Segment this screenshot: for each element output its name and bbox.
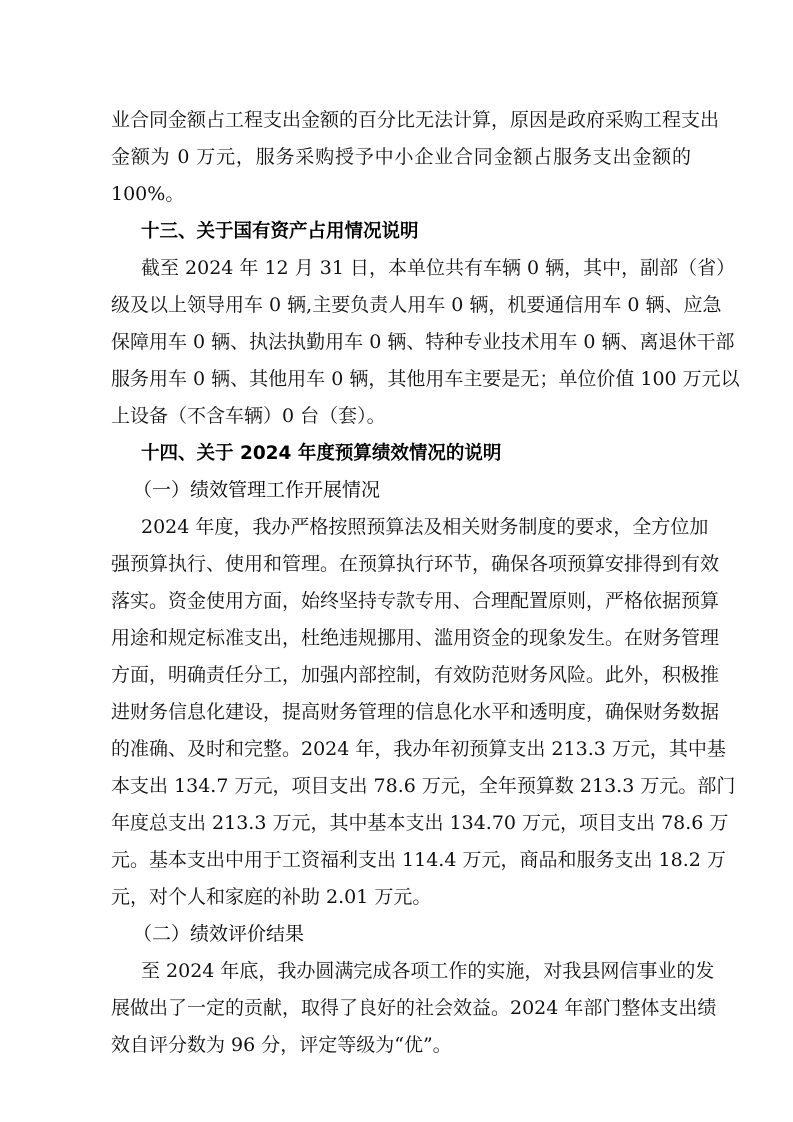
text-line: 100%。 [111, 176, 691, 213]
text-line: 方面，明确责任分工，加强内部控制，有效防范财务风险。此外，积极推 [111, 657, 691, 694]
text-line: 保障用车 0 辆、执法执勤用车 0 辆、特种专业技术用车 0 辆、离退休干部 [111, 324, 691, 361]
paragraph-state-assets: 截至 2024 年 12 月 31 日，本单位共有车辆 0 辆，其中，副部（省）… [111, 250, 691, 435]
text-line: 2024 年度，我办严格按照预算法及相关财务制度的要求，全方位加 [111, 509, 691, 546]
section-heading-13: 十三、关于国有资产占用情况说明 [111, 213, 691, 250]
paragraph-procurement-continuation: 业合同金额占工程支出金额的百分比无法计算，原因是政府采购工程支出 金额为 0 万… [111, 102, 691, 213]
text-line: 本支出 134.7 万元，项目支出 78.6 万元，全年预算数 213.3 万元… [111, 768, 691, 805]
text-line: 落实。资金使用方面，始终坚持专款专用、合理配置原则，严格依据预算 [111, 583, 691, 620]
text-line: 年度总支出 213.3 万元，其中基本支出 134.70 万元，项目支出 78.… [111, 805, 691, 842]
text-line: 元。基本支出中用于工资福利支出 114.4 万元，商品和服务支出 18.2 万 [111, 842, 691, 879]
text-line: 业合同金额占工程支出金额的百分比无法计算，原因是政府采购工程支出 [111, 102, 691, 139]
text-line: 用途和规定标准支出，杜绝违规挪用、滥用资金的现象发生。在财务管理 [111, 620, 691, 657]
text-line: 至 2024 年底，我办圆满完成各项工作的实施，对我县网信事业的发 [111, 953, 691, 990]
paragraph-evaluation-result: 至 2024 年底，我办圆满完成各项工作的实施，对我县网信事业的发 展做出了一定… [111, 953, 691, 1064]
text-line: 截至 2024 年 12 月 31 日，本单位共有车辆 0 辆，其中，副部（省） [111, 250, 691, 287]
text-line: 进财务信息化建设，提高财务管理的信息化水平和透明度，确保财务数据 [111, 694, 691, 731]
subsection-heading-2: （二）绩效评价结果 [111, 916, 691, 953]
text-line: 服务用车 0 辆、其他用车 0 辆，其他用车主要是无；单位价值 100 万元以 [111, 361, 691, 398]
subsection-heading-1: （一）绩效管理工作开展情况 [111, 472, 691, 509]
document-page: 业合同金额占工程支出金额的百分比无法计算，原因是政府采购工程支出 金额为 0 万… [111, 102, 691, 1064]
text-line: 上设备（不含车辆）0 台（套）。 [111, 398, 691, 435]
section-heading-14: 十四、关于 2024 年度预算绩效情况的说明 [111, 435, 691, 472]
text-line: 的准确、及时和完整。2024 年，我办年初预算支出 213.3 万元，其中基 [111, 731, 691, 768]
text-line: 展做出了一定的贡献，取得了良好的社会效益。2024 年部门整体支出绩 [111, 990, 691, 1027]
paragraph-performance-management: 2024 年度，我办严格按照预算法及相关财务制度的要求，全方位加 强预算执行、使… [111, 509, 691, 916]
text-line: 强预算执行、使用和管理。在预算执行环节，确保各项预算安排得到有效 [111, 546, 691, 583]
text-line: 金额为 0 万元，服务采购授予中小企业合同金额占服务支出金额的 [111, 139, 691, 176]
text-line: 元，对个人和家庭的补助 2.01 万元。 [111, 879, 691, 916]
text-line: 级及以上领导用车 0 辆,主要负责人用车 0 辆，机要通信用车 0 辆、应急 [111, 287, 691, 324]
text-line: 效自评分数为 96 分，评定等级为“优”。 [111, 1027, 691, 1064]
